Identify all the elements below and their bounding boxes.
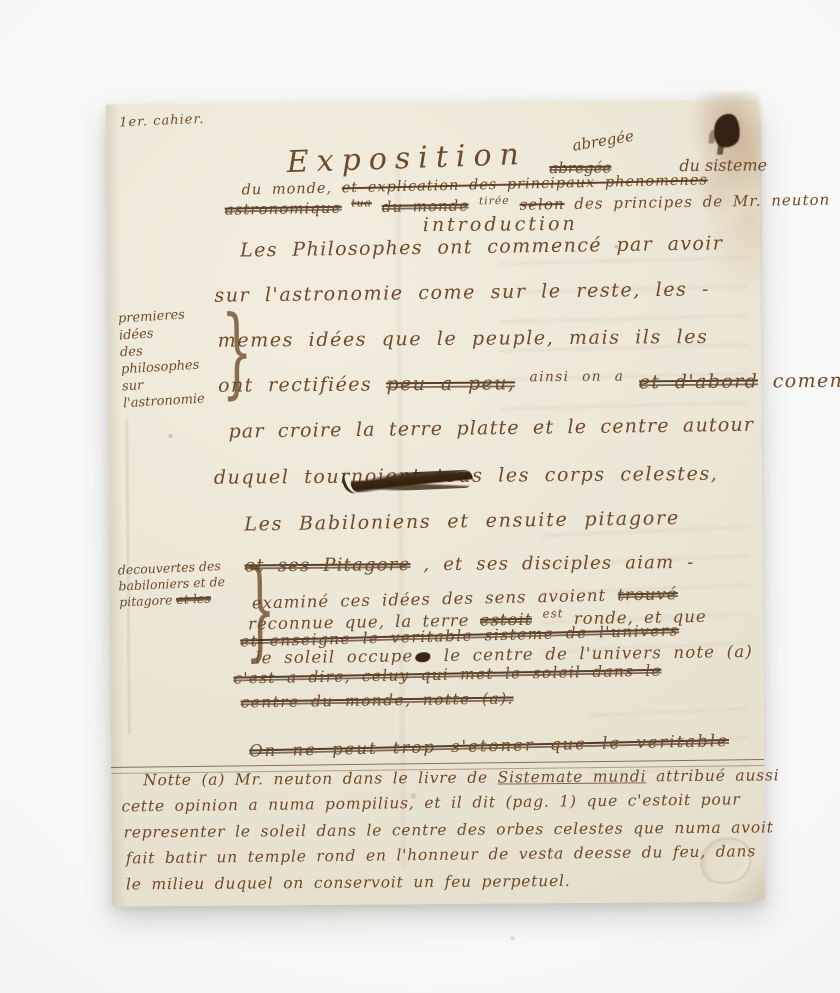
revision-insert-tiree: tirée: [479, 193, 510, 207]
line-kept-text: comencé: [773, 370, 840, 393]
line-insert-text: ainsi on a: [530, 368, 625, 385]
revision-struck-insert: tua: [351, 196, 372, 209]
manuscript-line: memes idées que le peuple, mais ils les: [218, 326, 709, 352]
footnote-line: cette opinion a numa pompilius, et il di…: [121, 790, 740, 815]
line-kept-text: le soleil occupe: [255, 646, 413, 667]
line-struck-text: peu a peu,: [386, 372, 515, 395]
margin-note-word: pitagore: [119, 592, 173, 609]
paper-spots: [168, 434, 172, 438]
manuscript-line: ont rectifiées peu a peu, ainsi on a et …: [218, 370, 840, 397]
photo-backdrop: 1er. cahier. Exposition abregée abregée …: [0, 0, 840, 993]
paragraph-babylonians: Les Babiloniens et ensuite pitagore et s…: [229, 509, 764, 733]
line-struck-text: et d'abord: [639, 370, 759, 393]
introduction-heading: introduction: [423, 213, 578, 236]
manuscript-line: sur l'astronomie come sur le reste, les …: [214, 278, 710, 306]
margin-note-struck: et les: [176, 591, 211, 607]
title-word-exposition: Exposition: [286, 137, 527, 180]
title-block: Exposition abregée abregée du sisteme du…: [106, 99, 760, 254]
line-kept-text: , et ses disciples aiam -: [423, 552, 694, 575]
paragraph-introduction: Les Philosophes ont commencé par avoir s…: [207, 235, 762, 499]
subtitle-kept-text: du monde,: [241, 181, 332, 199]
title-insert-abregee: abregée: [571, 127, 635, 155]
line-kept-text: le centre de l'univers note (a): [444, 642, 753, 665]
footnote-text: Notte (a) Mr. neuton dans le livre de: [143, 769, 488, 790]
footnote-block: Notte (a) Mr. neuton dans le livre de Si…: [121, 766, 757, 901]
footnote-line: fait batir un temple rond en l'honneur d…: [126, 842, 756, 867]
revision-struck-word: astronomique: [225, 199, 342, 219]
manuscript-line-struck: centre du monde, notte (a).: [240, 689, 514, 711]
ink-correction-blot: [415, 652, 430, 662]
line-struck-text: trouvé: [617, 584, 678, 604]
manuscript-line: et ses Pitagore , et ses disciples aiam …: [244, 552, 694, 577]
manuscript-line: Les Babiloniens et ensuite pitagore: [244, 507, 680, 535]
footnote-text: attribué aussi: [656, 766, 779, 785]
revision-struck-word: selon: [519, 195, 564, 214]
margin-note-discoveries: decouvertes des babiloniers et de pitago…: [117, 558, 229, 611]
margin-note-line: pitagore et les: [119, 590, 230, 611]
footnote-line: representer le soleil dans le centre des…: [124, 818, 774, 841]
footnote-line: le milieu duquel on conservoit un feu pe…: [126, 872, 571, 893]
footnote-underlined-title: Sistemate mundi: [498, 767, 647, 786]
line-struck-text: et ses Pitagore: [244, 554, 410, 576]
manuscript-line: par croire la terre platte et le centre …: [228, 414, 754, 443]
line-insert-text: est: [542, 606, 563, 620]
line-kept-text: ont rectifiées: [218, 373, 372, 396]
revision-kept-text: des principes de Mr. neuton: [574, 191, 830, 213]
footnote-line: Notte (a) Mr. neuton dans le livre de Si…: [143, 766, 779, 789]
manuscript-page: 1er. cahier. Exposition abregée abregée …: [106, 99, 765, 906]
